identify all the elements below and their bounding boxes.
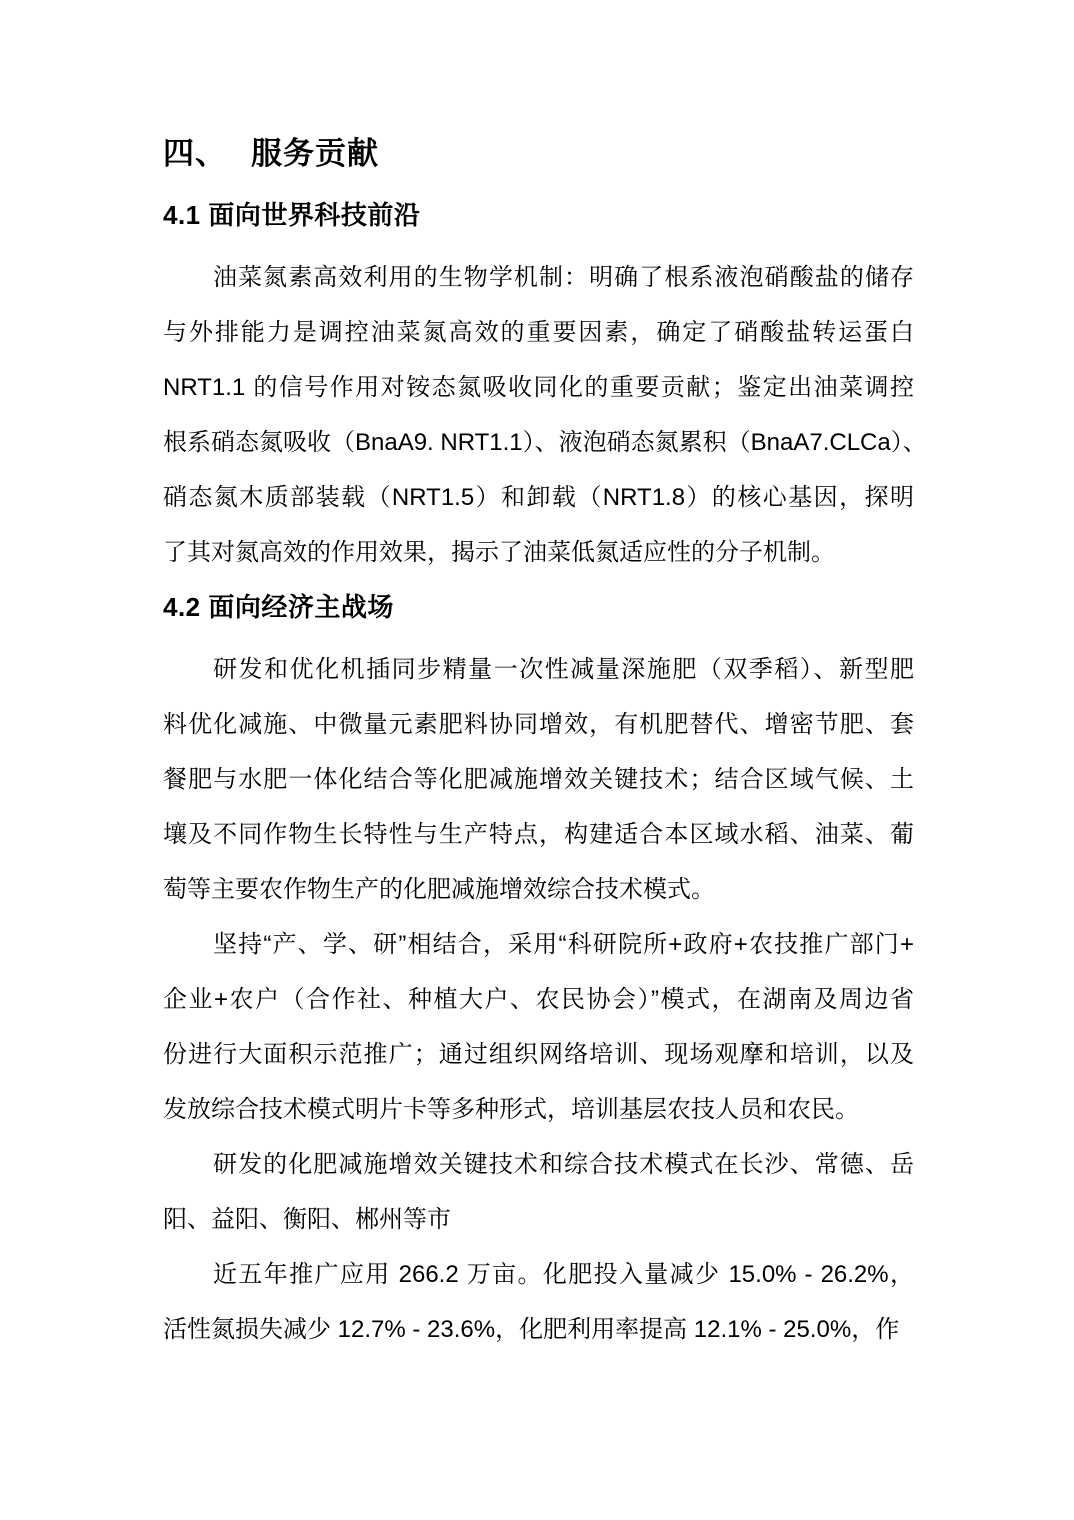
text-line: 坚持“产、学、研”相结合，采用“科研院所+政府+农技推广部门+ — [163, 917, 914, 972]
text-line: 了其对氮高效的作用效果，揭示了油菜低氮适应性的分子机制。 — [163, 525, 914, 580]
text-line: 活性氮损失减少 12.7% - 23.6%，化肥利用率提高 12.1% - 25… — [163, 1302, 914, 1357]
subsection-heading: 4.2 面向经济主战场 — [163, 586, 914, 628]
document-page: 四、服务贡献4.1 面向世界科技前沿油菜氮素高效利用的生物学机制：明确了根系液泡… — [0, 0, 1074, 1520]
text-line: 企业+农户（合作社、种植大户、农民协会）”模式，在湖南及周边省 — [163, 972, 914, 1027]
text-line: 根系硝态氮吸收（BnaA9. NRT1.1）、液泡硝态氮累积（BnaA7.CLC… — [163, 415, 914, 470]
subsection-heading: 4.1 面向世界科技前沿 — [163, 194, 914, 236]
document-body: 四、服务贡献4.1 面向世界科技前沿油菜氮素高效利用的生物学机制：明确了根系液泡… — [163, 130, 914, 1357]
text-line: 发放综合技术模式明片卡等多种形式，培训基层农技人员和农民。 — [163, 1082, 914, 1137]
text-line: NRT1.1 的信号作用对铵态氮吸收同化的重要贡献；鉴定出油菜调控 — [163, 360, 914, 415]
text-line: 壤及不同作物生长特性与生产特点，构建适合本区域水稻、油菜、葡 — [163, 807, 914, 862]
text-line: 料优化减施、中微量元素肥料协同增效，有机肥替代、增密节肥、套 — [163, 697, 914, 752]
section-heading: 四、服务贡献 — [163, 130, 914, 178]
text-line: 与外排能力是调控油菜氮高效的重要因素，确定了硝酸盐转运蛋白 — [163, 305, 914, 360]
text-line: 餐肥与水肥一体化结合等化肥减施增效关键技术；结合区域气候、土 — [163, 752, 914, 807]
section-heading-title: 服务贡献 — [251, 136, 379, 171]
text-line: 份进行大面积示范推广；通过组织网络培训、现场观摩和培训，以及 — [163, 1027, 914, 1082]
text-line: 近五年推广应用 266.2 万亩。化肥投入量减少 15.0% - 26.2%， — [163, 1247, 914, 1302]
text-line: 阳、益阳、衡阳、郴州等市 — [163, 1192, 914, 1247]
text-line: 油菜氮素高效利用的生物学机制：明确了根系液泡硝酸盐的储存 — [163, 250, 914, 305]
section-heading-number: 四、 — [163, 136, 227, 171]
text-line: 研发和优化机插同步精量一次性减量深施肥（双季稻）、新型肥 — [163, 642, 914, 697]
text-line: 研发的化肥减施增效关键技术和综合技术模式在长沙、常德、岳 — [163, 1137, 914, 1192]
text-line: 萄等主要农作物生产的化肥减施增效综合技术模式。 — [163, 862, 914, 917]
text-line: 硝态氮木质部装载（NRT1.5）和卸载（NRT1.8）的核心基因，探明 — [163, 470, 914, 525]
